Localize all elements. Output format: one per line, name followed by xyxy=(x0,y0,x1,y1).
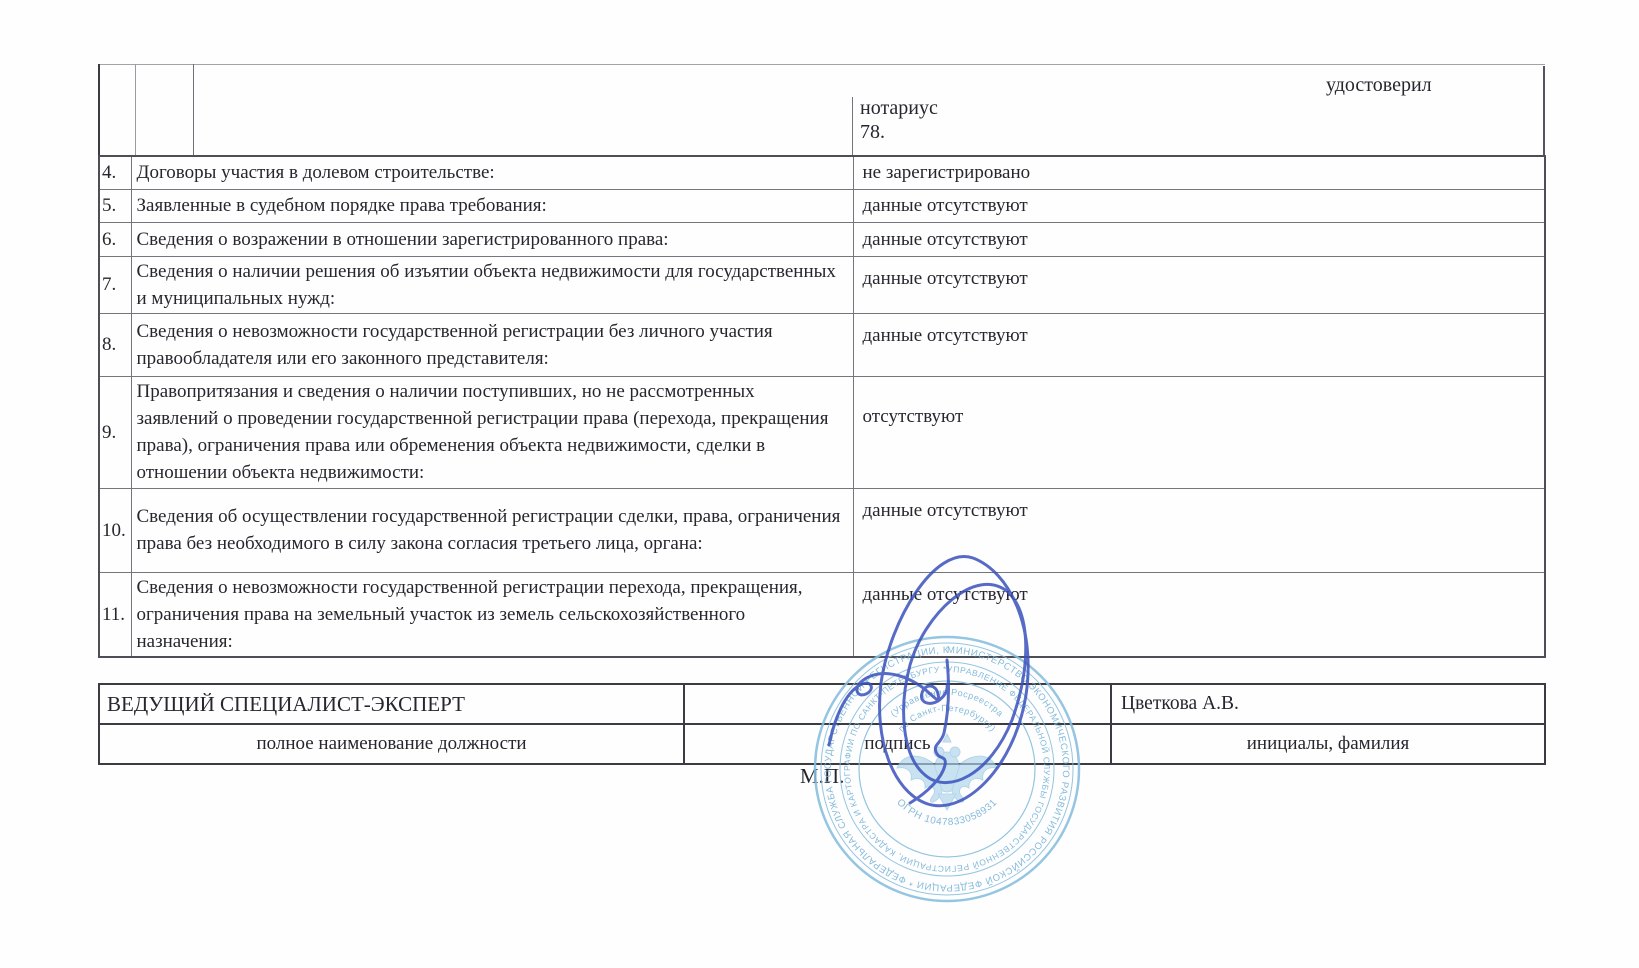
row-value: данные отсутствуют xyxy=(853,222,1545,256)
table-border-line xyxy=(193,64,194,156)
row-number: 10. xyxy=(99,488,131,572)
table-row: 7. Сведения о наличии решения об изъятии… xyxy=(99,256,1545,313)
row-number: 9. xyxy=(99,376,131,488)
row-number: 8. xyxy=(99,313,131,376)
table-row: 5. Заявленные в судебном порядке права т… xyxy=(99,189,1545,222)
row-label: Сведения о возражении в отношении зареги… xyxy=(131,222,853,256)
signature-stroke xyxy=(829,674,947,745)
signer-name: Цветкова А.В. xyxy=(1111,684,1545,724)
table-border-line xyxy=(135,64,136,156)
row-value: отсутствуют xyxy=(853,376,1545,488)
table-row: 6. Сведения о возражении в отношении зар… xyxy=(99,222,1545,256)
position-title: ВЕДУЩИЙ СПЕЦИАЛИСТ-ЭКСПЕРТ xyxy=(99,684,684,724)
row-label: Сведения об осуществлении государственно… xyxy=(131,488,853,572)
row-value: не зарегистрировано xyxy=(853,156,1545,189)
table-border-line xyxy=(852,97,853,156)
signature-stroke xyxy=(880,557,1029,806)
row-label: Сведения о невозможности государственной… xyxy=(131,313,853,376)
table-border-line xyxy=(98,64,1545,65)
row-number: 4. xyxy=(99,156,131,189)
row-label: Сведения о невозможности государственной… xyxy=(131,572,853,657)
row-number: 6. xyxy=(99,222,131,256)
document-page: удостоверил нотариус 78. 4. Договоры уча… xyxy=(0,0,1639,968)
table-border-line xyxy=(1543,66,1545,156)
row-label: Правопритязания и сведения о наличии пос… xyxy=(131,376,853,488)
row-number: 5. xyxy=(99,189,131,222)
table-row: 8. Сведения о невозможности государствен… xyxy=(99,313,1545,376)
notary-text: нотариус xyxy=(860,97,938,120)
table-border-line xyxy=(98,64,100,156)
row-label: Договоры участия в долевом строительстве… xyxy=(131,156,853,189)
row-label: Заявленные в судебном порядке права треб… xyxy=(131,189,853,222)
row-value: данные отсутствуют xyxy=(853,256,1545,313)
notary-number-text: 78. xyxy=(860,121,885,144)
row-value: данные отсутствуют xyxy=(853,313,1545,376)
row-number: 7. xyxy=(99,256,131,313)
row-label: Сведения о наличии решения об изъятии об… xyxy=(131,256,853,313)
certified-text: удостоверил xyxy=(1326,74,1432,97)
table-row: 9. Правопритязания и сведения о наличии … xyxy=(99,376,1545,488)
row-number: 11. xyxy=(99,572,131,657)
row-value: данные отсутствуют xyxy=(853,189,1545,222)
position-caption: полное наименование должности xyxy=(99,724,684,764)
table-row: 4. Договоры участия в долевом строительс… xyxy=(99,156,1545,189)
name-caption: инициалы, фамилия xyxy=(1111,724,1545,764)
handwritten-signature xyxy=(780,528,1080,828)
